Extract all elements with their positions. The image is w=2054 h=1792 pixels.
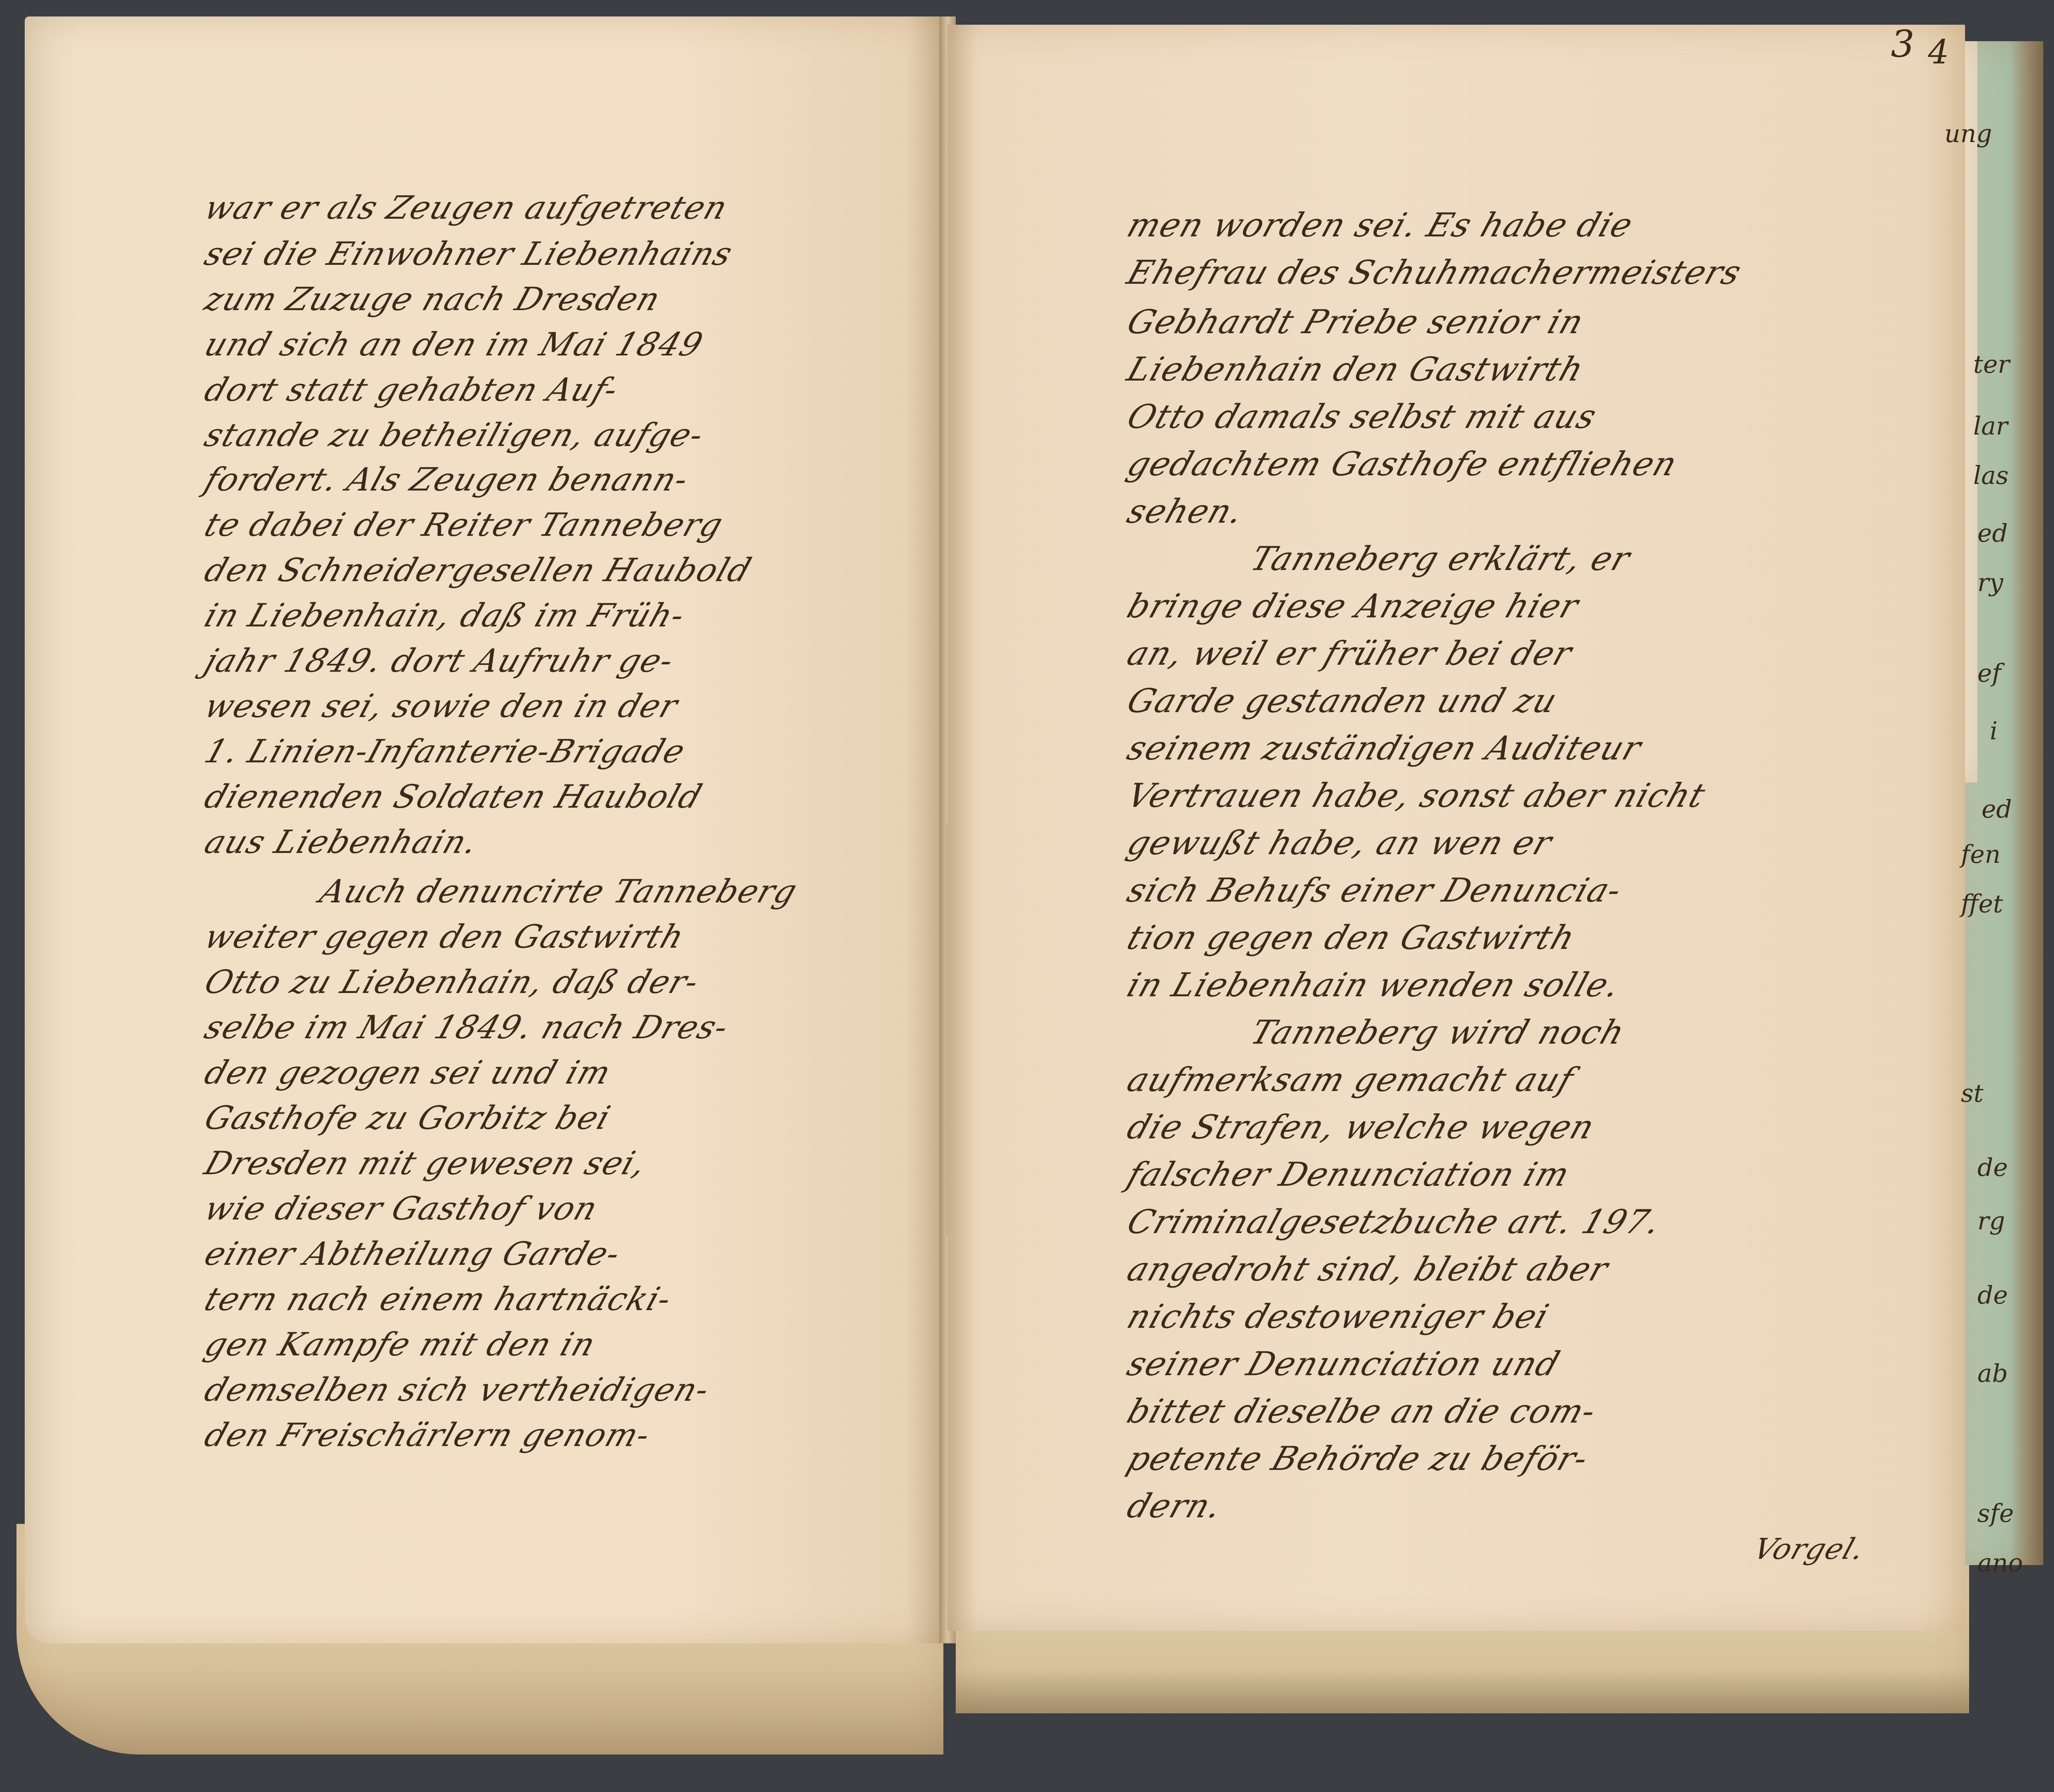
right-line-10: an, weil er früher bei der <box>1123 634 1577 673</box>
right-line-14: gewußt habe, an wen er <box>1123 824 1557 862</box>
left-line-28: den Freischärlern genom- <box>200 1417 655 1454</box>
margin-fragment: sfe <box>1977 1499 2014 1528</box>
margin-fragment: ef <box>1977 659 2001 688</box>
left-line-27: demselben sich vertheidigen- <box>200 1371 714 1409</box>
left-line-11: jahr 1849. dort Aufruhr ge- <box>200 643 678 680</box>
margin-fragment: de <box>1977 1281 2008 1310</box>
margin-fragment: st <box>1961 1079 1984 1108</box>
margin-fragment: ry <box>1977 568 2003 597</box>
left-line-12: wesen sei, sowie den in der <box>200 688 683 725</box>
margin-fragment: ab <box>1977 1359 2008 1388</box>
margin-fragment: ter <box>1973 350 2010 379</box>
right-line-11: Garde gestanden und zu <box>1123 682 1563 720</box>
right-line-26: bittet dieselbe an die com- <box>1123 1392 1601 1430</box>
margin-fragment: las <box>1973 461 2009 490</box>
left-line-7: fordert. Als Zeugen benann- <box>200 461 693 498</box>
left-line-3: zum Zuzuge nach Dresden <box>200 281 665 318</box>
right-line-12: seinem zuständigen Auditeur <box>1123 729 1647 767</box>
right-line-4: Liebenhain den Gastwirth <box>1123 350 1589 388</box>
left-line-19: selbe im Mai 1849. nach Dres- <box>200 1009 733 1046</box>
right-line-17: in Liebenhain wenden solle. <box>1123 966 1626 1004</box>
right-line-7: sehen. <box>1123 492 1249 530</box>
right-line-16: tion gegen den Gastwirth <box>1123 918 1580 957</box>
left-line-2: sei die Einwohner Liebenhains <box>200 236 737 273</box>
left-line-26: gen Kampfe mit den in <box>200 1326 600 1363</box>
right-line-5: Otto damals selbst mit aus <box>1123 397 1602 436</box>
left-line-8: te dabei der Reiter Tanneberg <box>200 507 728 544</box>
right-line-19: aufmerksam gemacht auf <box>1123 1061 1579 1099</box>
right-line-25: seiner Denunciation und <box>1123 1345 1565 1383</box>
left-line-23: wie dieser Gasthof von <box>200 1190 603 1227</box>
right-line-18: Tanneberg wird noch <box>1246 1013 1630 1051</box>
right-line-8: Tanneberg erklärt, er <box>1246 540 1635 578</box>
right-line-22: Criminalgesetzbuche art. 197. <box>1123 1203 1666 1241</box>
margin-fragment: ffet <box>1961 890 2003 918</box>
left-line-24: einer Abtheilung Garde- <box>200 1236 625 1273</box>
right-line-21: falscher Denunciation im <box>1123 1155 1575 1194</box>
right-line-20: die Strafen, welche wegen <box>1123 1108 1600 1146</box>
right-line-28: dern. <box>1123 1487 1227 1525</box>
left-line-10: in Liebenhain, daß im Früh- <box>200 597 690 634</box>
closing-signature: Vorgel. <box>1750 1532 1869 1566</box>
left-line-4: und sich an den im Mai 1849 <box>200 326 708 363</box>
margin-fragment: fen <box>1961 840 2000 869</box>
left-line-1: war er als Zeugen aufgetreten <box>200 189 732 227</box>
margin-fragment: ed <box>1977 519 2008 548</box>
left-page: war er als Zeugen aufgetreten sei die Ei… <box>25 16 943 1643</box>
right-line-24: nichts destoweniger bei <box>1123 1297 1554 1336</box>
right-line-27: petente Behörde zu beför- <box>1123 1439 1593 1478</box>
margin-fragment: ed <box>1981 795 2012 824</box>
left-line-15: aus Liebenhain. <box>200 824 483 861</box>
right-line-23: angedroht sind, bleibt aber <box>1123 1250 1614 1288</box>
left-line-25: tern nach einem hartnäcki- <box>200 1281 676 1318</box>
left-line-9: den Schneidergesellen Haubold <box>200 552 756 589</box>
left-line-21: Gasthofe zu Gorbitz bei <box>200 1100 615 1137</box>
right-line-1: men worden sei. Es habe die <box>1123 206 1638 244</box>
left-line-18: Otto zu Liebenhain, daß der- <box>200 964 704 1001</box>
left-line-14: dienenden Soldaten Haubold <box>200 778 707 815</box>
right-line-13: Vertrauen habe, sonst aber nicht <box>1123 776 1711 815</box>
folio-number: 3 <box>1891 23 1914 66</box>
margin-fragment: lar <box>1973 412 2008 441</box>
left-line-20: den gezogen sei und im <box>200 1054 616 1091</box>
right-page: men worden sei. Es habe die Ehefrau des … <box>947 25 1965 1631</box>
left-line-16: Auch denuncirte Tanneberg <box>315 873 802 910</box>
margin-fragment: rg <box>1977 1207 2005 1236</box>
left-line-22: Dresden mit gewesen sei, <box>200 1145 651 1182</box>
right-line-2: Ehefrau des Schuhmachermeisters <box>1123 253 1747 292</box>
right-line-15: sich Behufs einer Denuncia- <box>1123 871 1627 909</box>
right-line-6: gedachtem Gasthofe entfliehen <box>1123 445 1682 483</box>
left-line-13: 1. Linien-Infanterie-Brigade <box>200 733 690 770</box>
margin-fragment: ung <box>1944 119 1992 148</box>
margin-fragment: i <box>1990 717 1998 745</box>
left-line-5: dort statt gehabten Auf- <box>200 371 623 409</box>
folio-tab-number: 4 <box>1928 33 1949 71</box>
margin-fragment: de <box>1977 1153 2008 1182</box>
right-line-9: bringe diese Anzeige hier <box>1123 587 1584 625</box>
right-line-3: Gebhardt Priebe senior in <box>1123 303 1589 341</box>
left-line-6: stande zu betheiligen, aufge- <box>200 417 709 454</box>
left-line-17: weiter gegen den Gastwirth <box>200 918 689 956</box>
margin-fragment: ano <box>1977 1549 2023 1577</box>
